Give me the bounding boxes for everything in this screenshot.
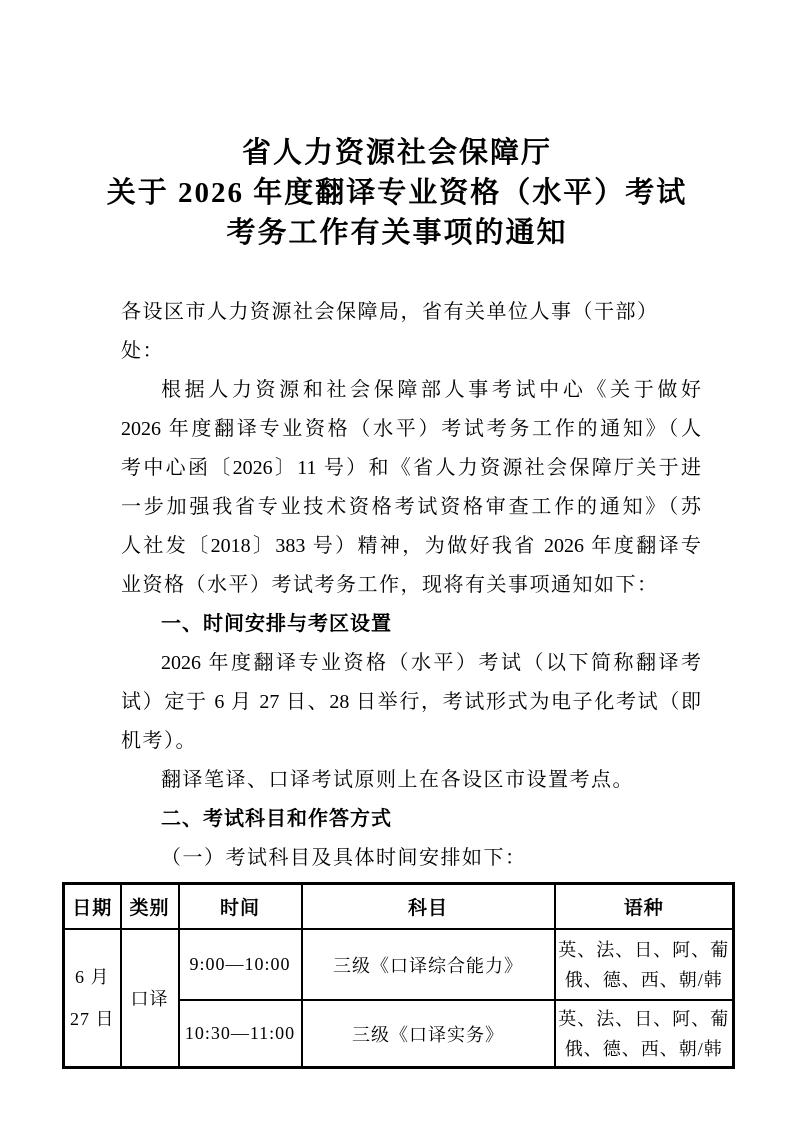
document-title: 省人力资源社会保障厅 关于 2026 年度翻译专业资格（水平）考试 考务工作有关… [0,0,794,253]
body-line: 2026 年度翻译专业资格（水平）考试考务工作的通知》（人 [121,410,701,449]
col-header-category: 类别 [121,884,179,930]
table-row: 6 月 27 日 口译 9:00—10:00 三级《口译综合能力》 英、法、日、… [64,929,734,1000]
title-line-1: 省人力资源社会保障厅 [0,133,794,173]
date-cell: 6 月 27 日 [64,929,121,1068]
section-heading-2: 二、考试科目和作答方式 [121,800,701,839]
col-header-time: 时间 [179,884,302,930]
exam-schedule-table: 日期 类别 时间 科目 语种 6 月 27 日 口译 9:00—10:00 三级… [62,882,735,1069]
body-line: 根据人力资源和社会保障部人事考试中心《关于做好 [121,371,701,410]
body-line: 2026 年度翻译专业资格（水平）考试（以下简称翻译考 [121,644,701,683]
document-body: 各设区市人力资源社会保障局，省有关单位人事（干部）处： 根据人力资源和社会保障部… [121,293,701,878]
body-line: 考中心函〔2026〕11 号）和《省人力资源社会保障厅关于进 [121,449,701,488]
date-day: 27 日 [65,998,120,1040]
languages-line-2: 俄、德、西、朝/韩 [556,965,733,995]
title-line-3: 考务工作有关事项的通知 [0,213,794,253]
subject-cell: 三级《口译综合能力》 [302,929,555,1000]
body-line: 人社发〔2018〕383 号）精神，为做好我省 2026 年度翻译专 [121,527,701,566]
body-line: 一步加强我省专业技术资格考试资格审查工作的通知》（苏 [121,488,701,527]
languages-cell: 英、法、日、阿、葡 俄、德、西、朝/韩 [555,1000,734,1068]
col-header-language: 语种 [555,884,734,930]
languages-line-2: 俄、德、西、朝/韩 [556,1034,733,1064]
time-cell: 9:00—10:00 [179,929,302,1000]
subsection-heading: （一）考试科目及具体时间安排如下： [121,839,701,878]
table-header-row: 日期 类别 时间 科目 语种 [64,884,734,930]
time-cell: 10:30—11:00 [179,1000,302,1068]
date-month: 6 月 [65,956,120,998]
document-page: 省人力资源社会保障厅 关于 2026 年度翻译专业资格（水平）考试 考务工作有关… [0,0,794,1123]
languages-line-1: 英、法、日、阿、葡 [556,1004,733,1034]
languages-line-1: 英、法、日、阿、葡 [556,935,733,965]
title-line-2: 关于 2026 年度翻译专业资格（水平）考试 [0,173,794,213]
section-heading-1: 一、时间安排与考区设置 [121,605,701,644]
col-header-subject: 科目 [302,884,555,930]
subject-cell: 三级《口译实务》 [302,1000,555,1068]
category-cell: 口译 [121,929,179,1068]
body-line: 试）定于 6 月 27 日、28 日举行，考试形式为电子化考试（即 [121,683,701,722]
body-line: 机考）。 [121,722,701,761]
languages-cell: 英、法、日、阿、葡 俄、德、西、朝/韩 [555,929,734,1000]
body-line: 翻译笔译、口译考试原则上在各设区市设置考点。 [121,761,701,800]
salutation-line: 各设区市人力资源社会保障局，省有关单位人事（干部）处： [121,293,701,371]
col-header-date: 日期 [64,884,121,930]
body-line: 业资格（水平）考试考务工作，现将有关事项通知如下： [121,566,701,605]
